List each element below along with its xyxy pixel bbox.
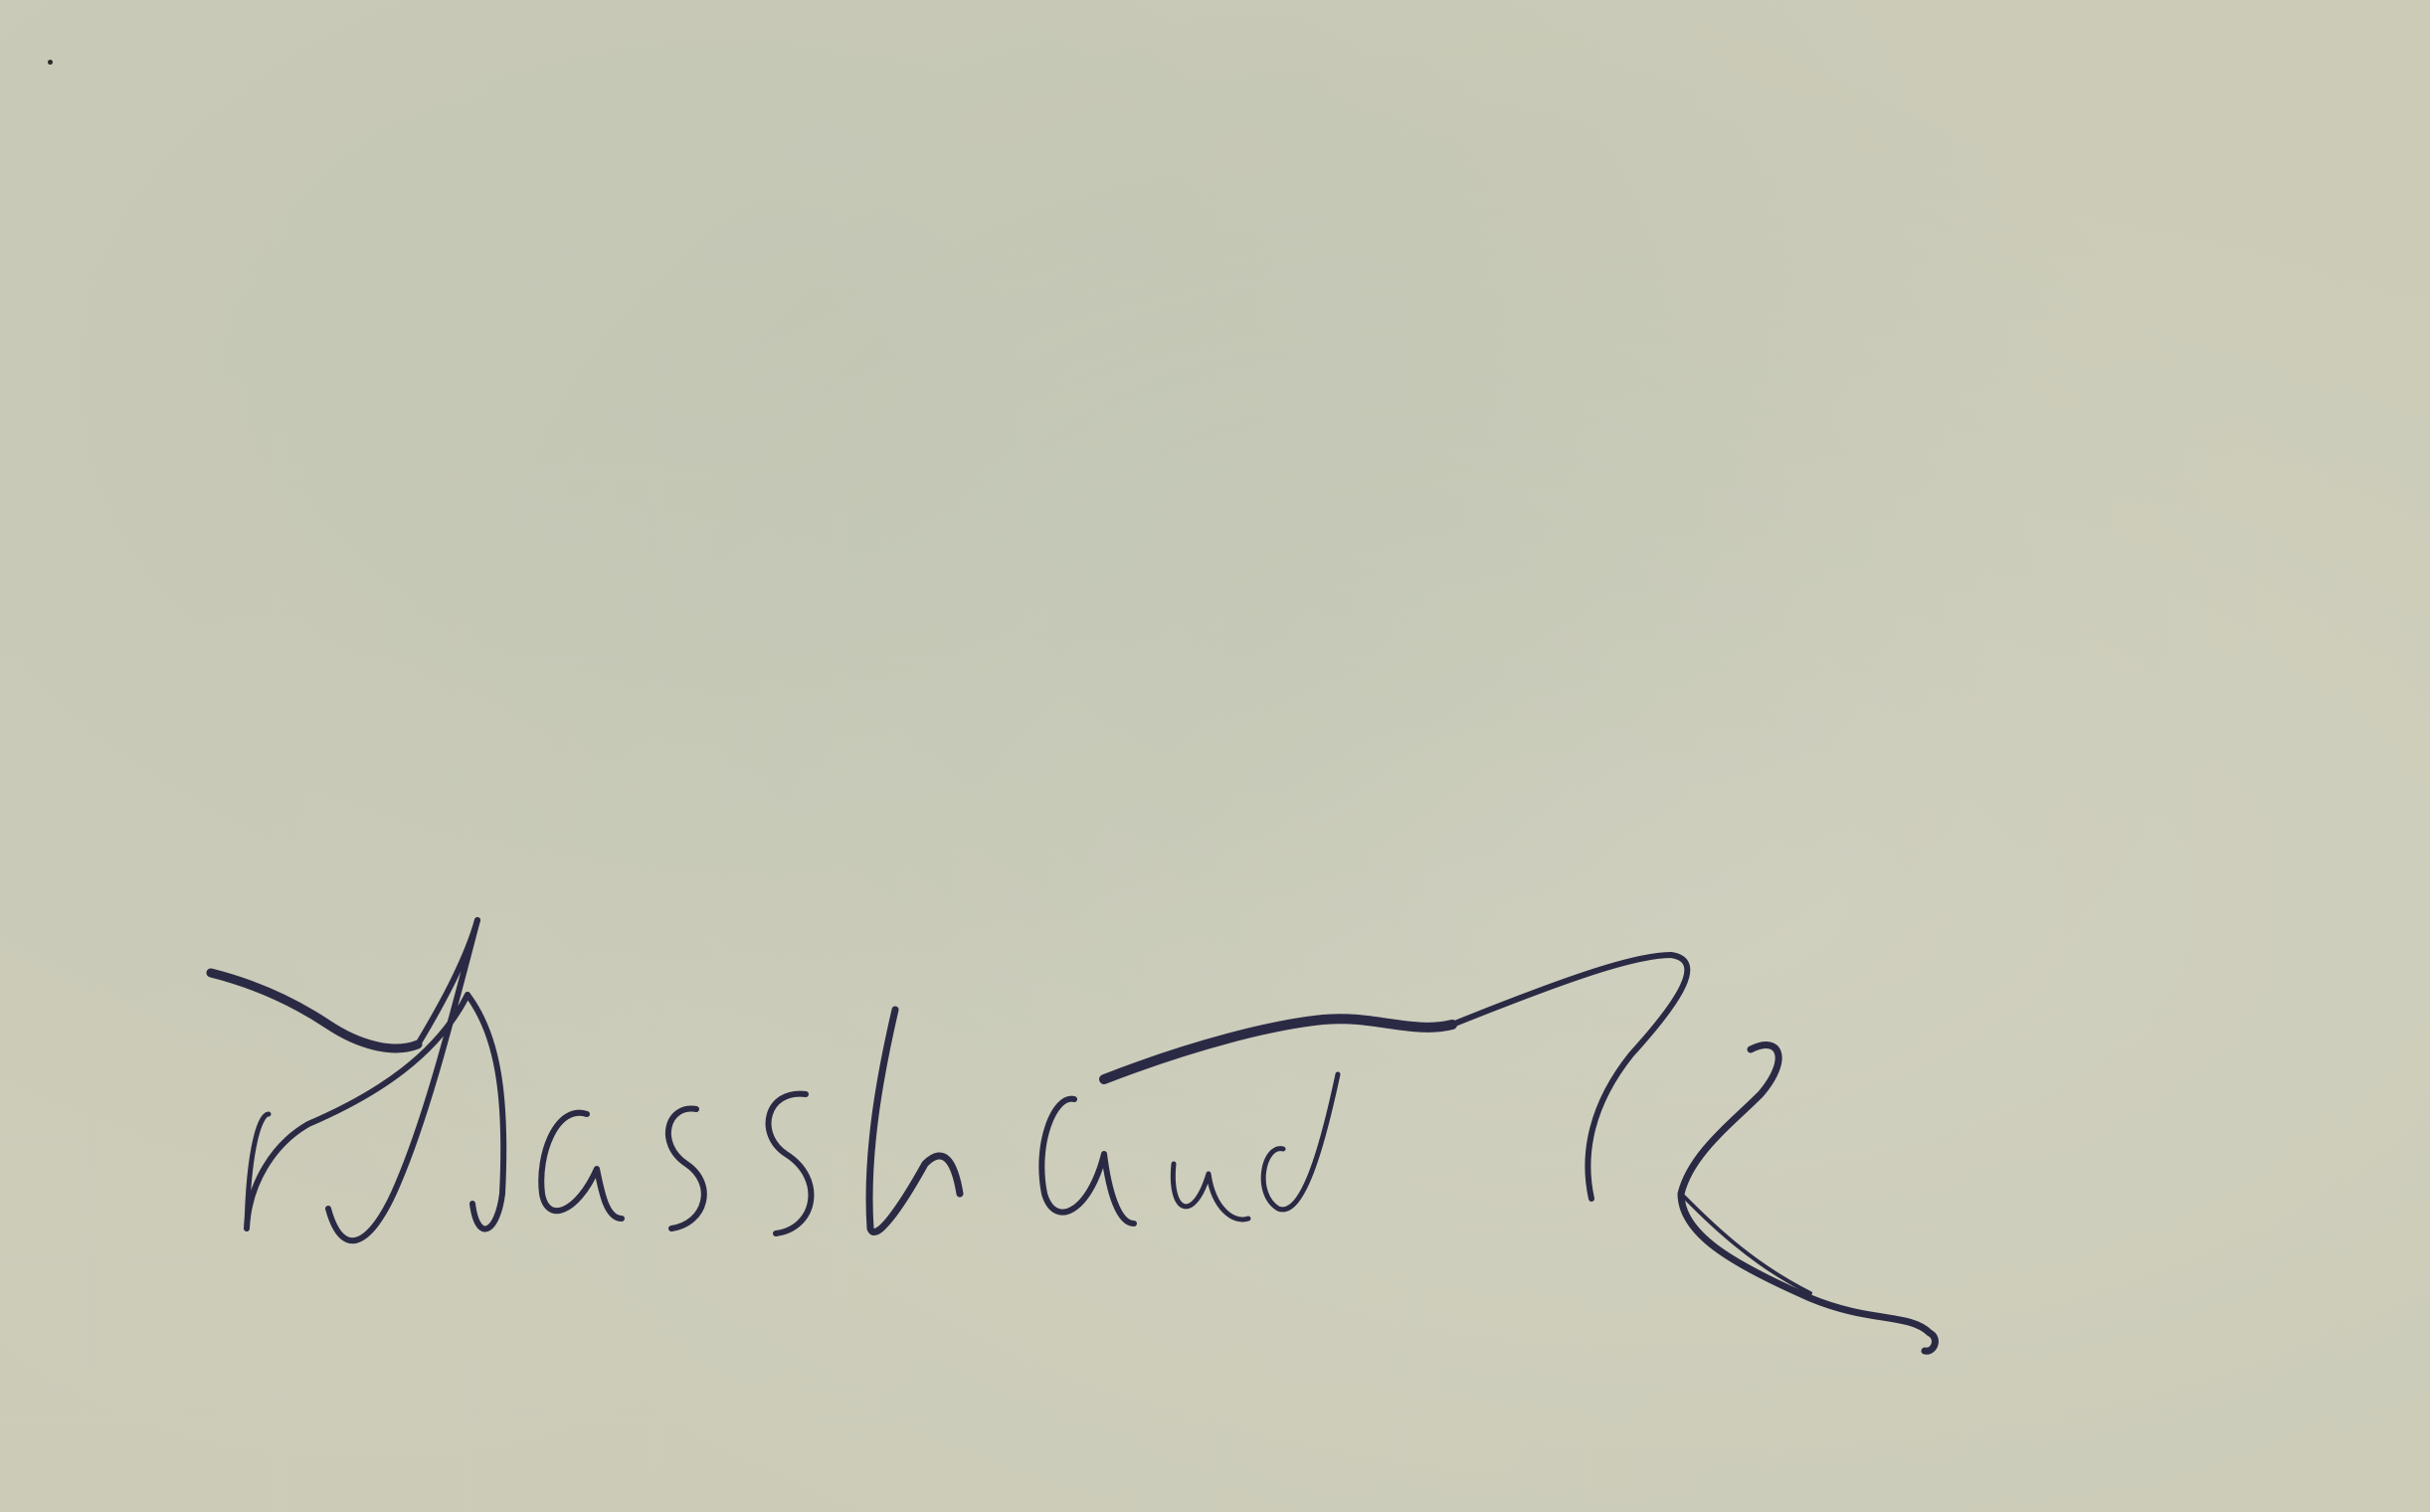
signature [0, 0, 2430, 1512]
